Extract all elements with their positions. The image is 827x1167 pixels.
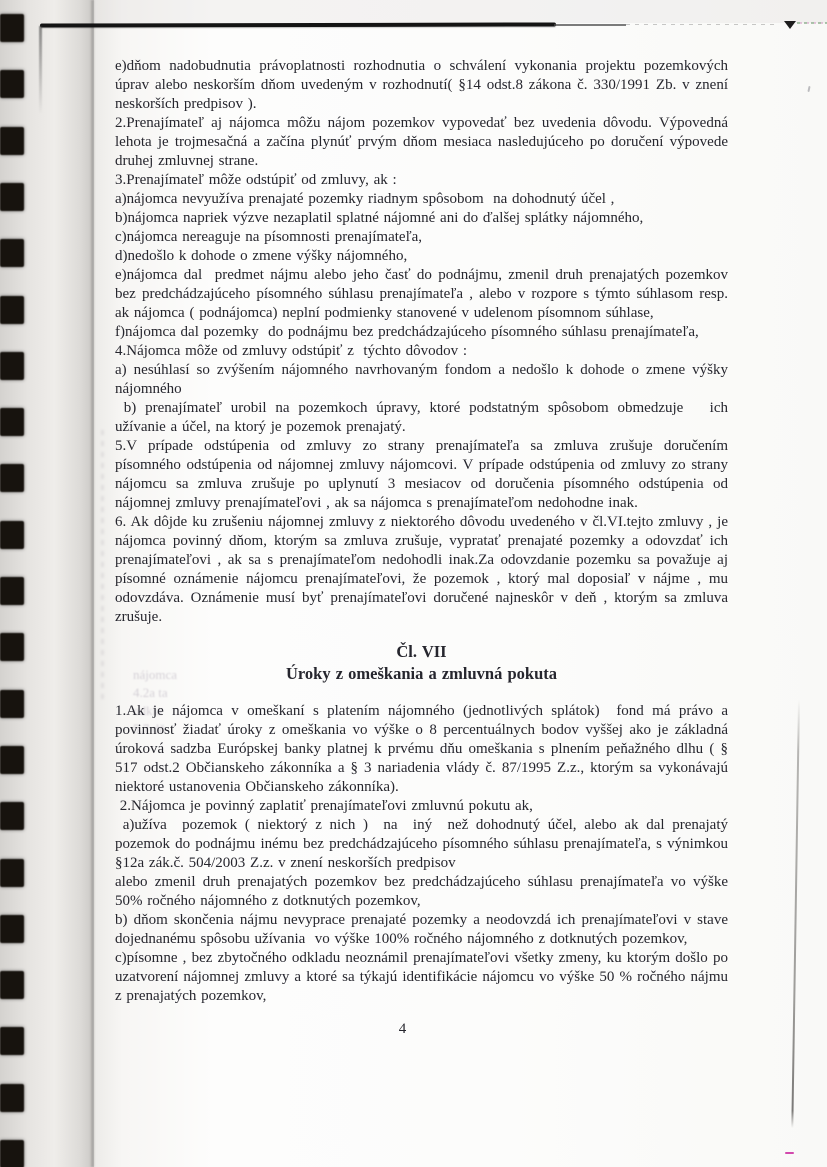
paragraph: a)nájomca nevyužíva prenajaté pozemky ri…	[115, 190, 728, 209]
page-number: 4	[96, 1020, 709, 1039]
binding-comb	[0, 633, 24, 661]
paragraph: e)dňom nadobudnutia právoplatnosti rozho…	[115, 57, 728, 114]
binding-gutter	[0, 0, 94, 1167]
binding-comb	[0, 1027, 24, 1055]
binding-comb	[0, 1140, 24, 1167]
paragraph: b) prenajímateľ urobil na pozemkoch úpra…	[115, 399, 728, 437]
paragraph: e)nájomca dal predmet nájmu alebo jeho č…	[115, 266, 728, 323]
binding-comb	[0, 521, 24, 549]
binding-comb	[0, 239, 24, 267]
binding-comb	[0, 464, 24, 492]
binding-comb	[0, 859, 24, 887]
paragraph: a) nesúhlasí so zvýšením nájomného navrh…	[115, 361, 728, 399]
binding-comb	[0, 127, 24, 155]
scan-top-haze	[94, 0, 827, 23]
binding-comb	[0, 577, 24, 605]
scan-edge-line-faint	[554, 24, 626, 26]
binding-comb	[0, 971, 24, 999]
binding-comb	[0, 408, 24, 436]
binding-comb	[0, 183, 24, 211]
fold-mark-icon	[784, 21, 796, 29]
binding-comb	[0, 70, 24, 98]
article-heading: Čl. VII Úroky z omeškania a zmluvná poku…	[115, 641, 728, 685]
clauses-article-vi: e)dňom nadobudnutia právoplatnosti rozho…	[115, 57, 728, 627]
bleedthrough-streak	[101, 430, 104, 705]
paragraph: d)nedošlo k dohode o zmene výšky nájomné…	[115, 247, 728, 266]
page-edge-shadow	[90, 0, 95, 1167]
paragraph: c)písomne , bez zbytočného odkladu neozn…	[115, 949, 728, 1006]
document-body: e)dňom nadobudnutia právoplatnosti rozho…	[115, 57, 728, 1039]
paragraph: 3.Prenajímateľ môže odstúpiť od zmluvy, …	[115, 171, 728, 190]
paragraph: 2.Nájomca je povinný zaplatiť prenajímat…	[115, 797, 728, 816]
binding-comb	[0, 352, 24, 380]
scan-dotted-mark	[797, 22, 827, 24]
clauses-article-vii: 1.Ak je nájomca v omeškaní s platením ná…	[115, 702, 728, 1006]
paragraph: 4.Nájomca môže od zmluvy odstúpiť z tých…	[115, 342, 728, 361]
binding-comb	[0, 746, 24, 774]
paragraph: b)nájomca napriek výzve nezaplatil splat…	[115, 209, 728, 228]
paragraph: 6. Ak dôjde ku zrušeniu nájomnej zmluvy …	[115, 513, 728, 627]
paragraph: 2.Prenajímateľ aj nájomca môžu nájom poz…	[115, 114, 728, 171]
paragraph: f)nájomca dal pozemky do podnájmu bez pr…	[115, 323, 728, 342]
paragraph: c)nájomca nereaguje na písomnosti prenaj…	[115, 228, 728, 247]
scan-edge-line-dotted	[626, 24, 776, 25]
binding-comb	[0, 802, 24, 830]
binding-comb	[0, 1084, 24, 1112]
paragraph: b) dňom skončenia nájmu nevyprace prenaj…	[115, 911, 728, 949]
binding-comb	[0, 690, 24, 718]
paragraph: 5.V prípade odstúpenia od zmluvy zo stra…	[115, 437, 728, 513]
paragraph: 1.Ak je nájomca v omeškaní s platením ná…	[115, 702, 728, 797]
paragraph: alebo zmenil druh prenajatých pozemkov b…	[115, 873, 728, 911]
article-title: Úroky z omeškania a zmluvná pokuta	[115, 663, 728, 685]
scan-color-artifact	[785, 1152, 794, 1154]
paragraph: a)užíva pozemok ( niektorý z nich ) na i…	[115, 816, 728, 873]
article-number: Čl. VII	[115, 641, 728, 663]
binding-comb	[0, 915, 24, 943]
binding-comb	[0, 296, 24, 324]
binding-comb	[0, 14, 24, 42]
scan-corner-streak	[39, 26, 42, 114]
